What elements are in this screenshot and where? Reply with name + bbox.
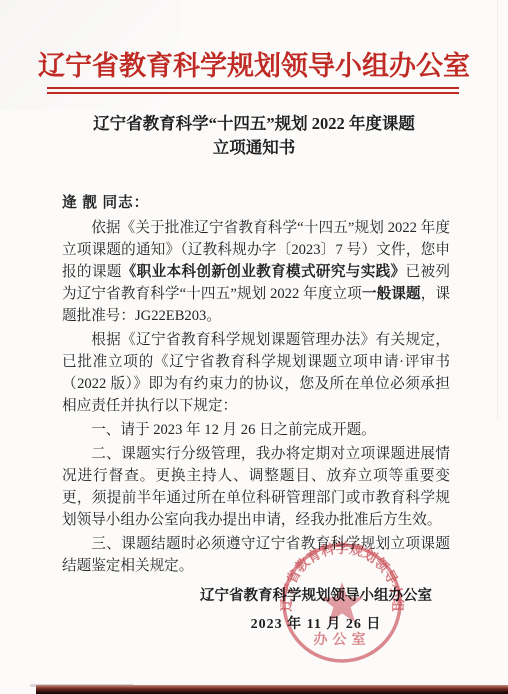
signature-block: 辽宁省教育科学规划领导小组办公室 2023 年 11 月 26 日: [200, 584, 432, 633]
document-title-line2: 立项通知书: [40, 136, 468, 160]
signature-org: 辽宁省教育科学规划领导小组办公室: [200, 584, 432, 605]
emphasized-text: 一般课题: [362, 286, 421, 302]
body-paragraph: 三、课题结题时必须遵守辽宁省教育科学规划立项课题结题鉴定相关规定。: [62, 533, 450, 577]
paragraph-text: 二、课题实行分级管理，我办将定期对立项课题进展情况进行督查。更换主持人、调整题目…: [62, 446, 450, 528]
seal-bottom-text: 办公室: [314, 631, 371, 648]
document-title-line1: 辽宁省教育科学“十四五”规划 2022 年度课题: [40, 112, 468, 136]
paragraph-text: 三、课题结题时必须遵守辽宁省教育科学规划立项课题结题鉴定相关规定。: [62, 536, 450, 574]
signature-date: 2023 年 11 月 26 日: [200, 613, 432, 633]
page-bottom-edge-bar: [36, 685, 508, 694]
body-paragraph: 一、请于 2023 年 12 月 26 日之前完成开题。: [62, 419, 450, 441]
body-paragraph: 依据《关于批准辽宁省教育科学“十四五”规划 2022 年度立项课题的通知》（辽教…: [62, 217, 450, 327]
emphasized-text: 《职业本科创新创业教育模式研究与实践》: [122, 264, 406, 280]
issuing-org-header: 辽宁省教育科学规划领导小组办公室: [0, 44, 508, 83]
document-body: 逄 靓 同志： 依据《关于批准辽宁省教育科学“十四五”规划 2022 年度立项课…: [62, 192, 450, 579]
body-paragraph: 根据《辽宁省教育科学规划课题管理办法》有关规定，已批准立项的《辽宁省教育科学规划…: [62, 329, 450, 417]
header-double-rule: [47, 87, 459, 94]
paragraph-text: 根据《辽宁省教育科学规划课题管理办法》有关规定，已批准立项的《辽宁省教育科学规划…: [62, 332, 450, 414]
notification-document-page: 辽宁省教育科学规划领导小组办公室 辽宁省教育科学“十四五”规划 2022 年度课…: [0, 0, 508, 694]
greeting-line: 逄 靓 同志：: [62, 192, 450, 214]
document-title: 辽宁省教育科学“十四五”规划 2022 年度课题 立项通知书: [40, 112, 468, 160]
paragraph-text: 一、请于 2023 年 12 月 26 日之前完成开题。: [91, 422, 376, 438]
body-paragraph: 二、课题实行分级管理，我办将定期对立项课题进展情况进行督查。更换主持人、调整题目…: [62, 443, 450, 531]
